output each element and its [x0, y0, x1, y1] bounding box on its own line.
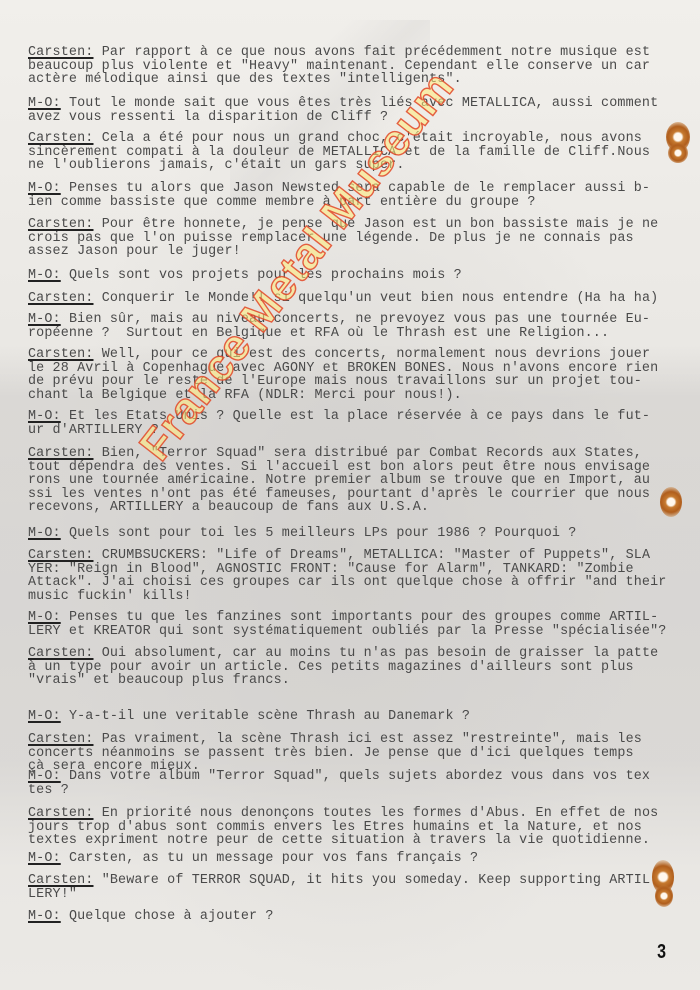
text-line: recevons, ARTILLERY a beaucoup de fans a… [28, 500, 429, 515]
text-line: chant la Belgique et la RFA (NDLR: Merci… [28, 388, 462, 403]
interview-entry: Carsten: Par rapport à ce que nous avons… [28, 46, 684, 87]
speaker-label: M-O: [28, 268, 61, 283]
burn-mark-3 [660, 487, 682, 517]
interview-entry: M-O: Bien sûr, mais au niveau concerts, … [28, 313, 684, 340]
interview-entry: Carsten: Pas vraiment, la scène Thrash i… [28, 733, 684, 774]
text-line: Conquerir le Monde!! si quelqu'un veut b… [102, 291, 659, 306]
text-line: textes expriment notre peur de cette sit… [28, 833, 650, 848]
text-line: Carsten, as tu un message pour vos fans … [69, 851, 478, 866]
text-line: Quels sont pour toi les 5 meilleurs LPs … [69, 526, 577, 541]
interview-entry: Carsten: CRUMBSUCKERS: "Life of Dreams",… [28, 549, 684, 603]
interview-entry: Carsten: Well, pour ce qui est des conce… [28, 348, 684, 402]
speaker-label: M-O: [28, 851, 61, 866]
paper-page: Carsten: Par rapport à ce que nous avons… [0, 0, 700, 990]
interview-entry: M-O: Penses tu que les fanzines sont imp… [28, 611, 684, 638]
text-line: ropéenne ? Surtout en Belgique et RFA où… [28, 326, 609, 341]
text-line: Dans votre album "Terror Squad", quels s… [69, 769, 650, 784]
text-line: LERY!" [28, 887, 77, 902]
interview-entry: M-O: Y-a-t-il une veritable scène Thrash… [28, 710, 684, 724]
interview-entry: M-O: Quelque chose à ajouter ? [28, 910, 684, 924]
burn-mark-2 [668, 143, 688, 163]
text-line: tes ? [28, 783, 69, 798]
interview-entry: M-O: Dans votre album "Terror Squad", qu… [28, 770, 684, 797]
text-line: music fuckin' kills! [28, 589, 192, 604]
interview-entry: M-O: Quels sont vos projets pour les pro… [28, 269, 684, 283]
text-line: ien comme bassiste que comme membre à pa… [28, 195, 536, 210]
page-number: 3 [657, 941, 666, 964]
interview-entry: M-O: Tout le monde sait que vous êtes tr… [28, 97, 684, 124]
text-line: assez Jason pour le juger! [28, 244, 241, 259]
text-line: LERY et KREATOR qui sont systématiquemen… [28, 624, 666, 639]
speaker-label: Carsten: [28, 291, 94, 306]
burn-mark-5 [655, 885, 673, 907]
interview-text: Carsten: Par rapport à ce que nous avons… [0, 0, 700, 990]
text-line: actère mélodique ainsi que des textes "i… [28, 72, 462, 87]
text-line: "vrais" et beaucoup plus francs. [28, 673, 290, 688]
interview-entry: M-O: Et les Etats Unis ? Quelle est la p… [28, 410, 684, 437]
interview-entry: Carsten: Conquerir le Monde!! si quelqu'… [28, 292, 684, 306]
interview-entry: M-O: Quels sont pour toi les 5 meilleurs… [28, 527, 684, 541]
interview-entry: Carsten: "Beware of TERROR SQUAD, it hit… [28, 874, 684, 901]
interview-entry: Carsten: Oui absolument, car au moins tu… [28, 647, 684, 688]
text-line: Quelque chose à ajouter ? [69, 909, 274, 924]
text-line: "Beware of TERROR SQUAD, it hits you som… [102, 873, 650, 888]
interview-entry: M-O: Carsten, as tu un message pour vos … [28, 852, 684, 866]
text-line: avez vous ressenti la disparition de Cli… [28, 110, 388, 125]
text-line: Y-a-t-il une veritable scène Thrash au D… [69, 709, 470, 724]
interview-entry: Carsten: Bien, "Terror Squad" sera distr… [28, 447, 684, 515]
speaker-label: M-O: [28, 526, 61, 541]
speaker-label: M-O: [28, 909, 61, 924]
interview-entry: Carsten: En priorité nous denonçons tout… [28, 807, 684, 848]
speaker-label: M-O: [28, 709, 61, 724]
